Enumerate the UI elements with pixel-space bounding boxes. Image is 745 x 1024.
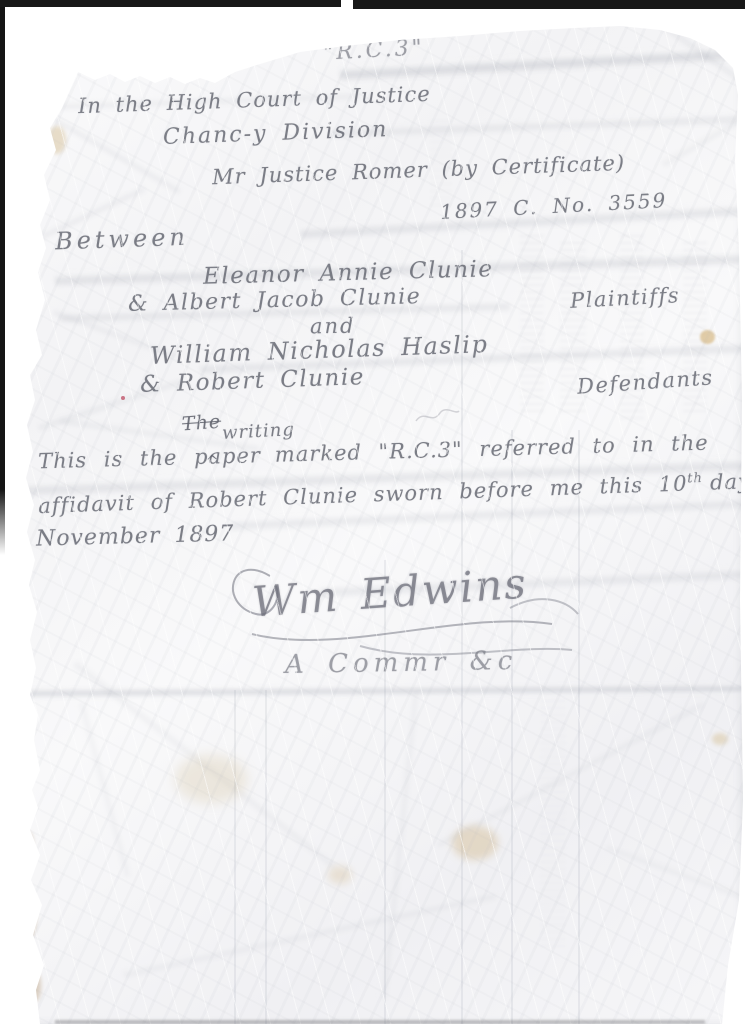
case-reference: 1897 C. No. 3559 xyxy=(440,188,668,224)
stain xyxy=(175,755,247,803)
stain xyxy=(452,826,498,860)
body-line-1-rest: marked "R.C.3" referred to in the xyxy=(275,431,709,467)
crease xyxy=(661,101,745,169)
ruled-line-bleed xyxy=(578,430,580,1024)
crease xyxy=(652,15,745,115)
horizontal-fold-crease xyxy=(0,683,745,700)
bleed-through-column xyxy=(540,700,566,950)
scanner-edge-top-left xyxy=(0,0,341,7)
crease xyxy=(435,700,704,849)
body-line-1-start: This is the paper xyxy=(38,443,261,473)
stain xyxy=(328,866,352,884)
crease xyxy=(330,113,745,139)
between-label: Between xyxy=(55,223,190,256)
division-name: Chanc-y Division xyxy=(163,117,389,150)
commissioner-signature: Wm Edwins xyxy=(251,558,530,626)
body-line-2: affidavit of Robert Clunie sworn before … xyxy=(38,468,745,518)
crease xyxy=(72,659,338,870)
ruled-line-bleed xyxy=(511,430,513,1024)
crease xyxy=(123,891,497,980)
ruled-line-bleed xyxy=(234,690,236,1024)
plaintiffs-role-label: Plaintiffs xyxy=(569,283,680,313)
crease xyxy=(379,690,420,999)
commissioner-title: A Commr &c xyxy=(285,646,518,680)
scanner-edge-top-right xyxy=(353,0,745,9)
stain xyxy=(712,733,728,745)
ruled-line-bleed xyxy=(384,560,386,1024)
exhibit-mark-label: "R.C.3" xyxy=(322,35,425,65)
ruled-line-bleed xyxy=(461,250,463,1024)
stain xyxy=(700,330,715,344)
scanner-edge-bottom xyxy=(55,1020,705,1024)
stain xyxy=(24,832,33,854)
defendant-name-1: William Nicholas Haslip xyxy=(150,330,489,370)
body-line-3: November 1897 xyxy=(36,521,235,551)
scanner-edge-left xyxy=(0,7,5,555)
struck-out-word: The xyxy=(181,411,222,436)
stain xyxy=(25,895,36,937)
body-line-2-end: day of xyxy=(710,468,745,495)
body-line-2-start: affidavit of Robert Clunie sworn before … xyxy=(38,471,688,518)
red-registry-mark xyxy=(130,55,147,60)
stain xyxy=(28,970,41,1002)
scanned-document-page: "R.C.3" In the High Court of Justice Cha… xyxy=(0,0,745,1024)
inserted-word: writing xyxy=(222,419,296,444)
judge-line: Mr Justice Romer (by Certificate) xyxy=(212,151,626,189)
crease xyxy=(605,843,745,927)
body-line-1: This is the papermarked "R.C.3" referred… xyxy=(38,431,709,474)
plaintiff-name-2: & Albert Jacob Clunie xyxy=(128,284,422,317)
red-ink-speck xyxy=(121,396,125,400)
plaintiff-name-1: Eleanor Annie Clunie xyxy=(203,256,494,290)
crease xyxy=(77,702,132,878)
ordinal-superscript: th xyxy=(687,471,703,487)
bleed-through-column xyxy=(520,235,544,415)
red-registry-mark xyxy=(88,53,103,65)
defendants-role-label: Defendants xyxy=(576,365,714,398)
court-name: In the High Court of Justice xyxy=(78,82,431,118)
pencil-squiggle xyxy=(412,405,462,429)
paper-sheet: "R.C.3" In the High Court of Justice Cha… xyxy=(0,0,745,1024)
stain xyxy=(48,126,66,154)
ruled-line-bleed xyxy=(265,690,267,1024)
defendant-name-2: & Robert Clunie xyxy=(140,364,366,398)
